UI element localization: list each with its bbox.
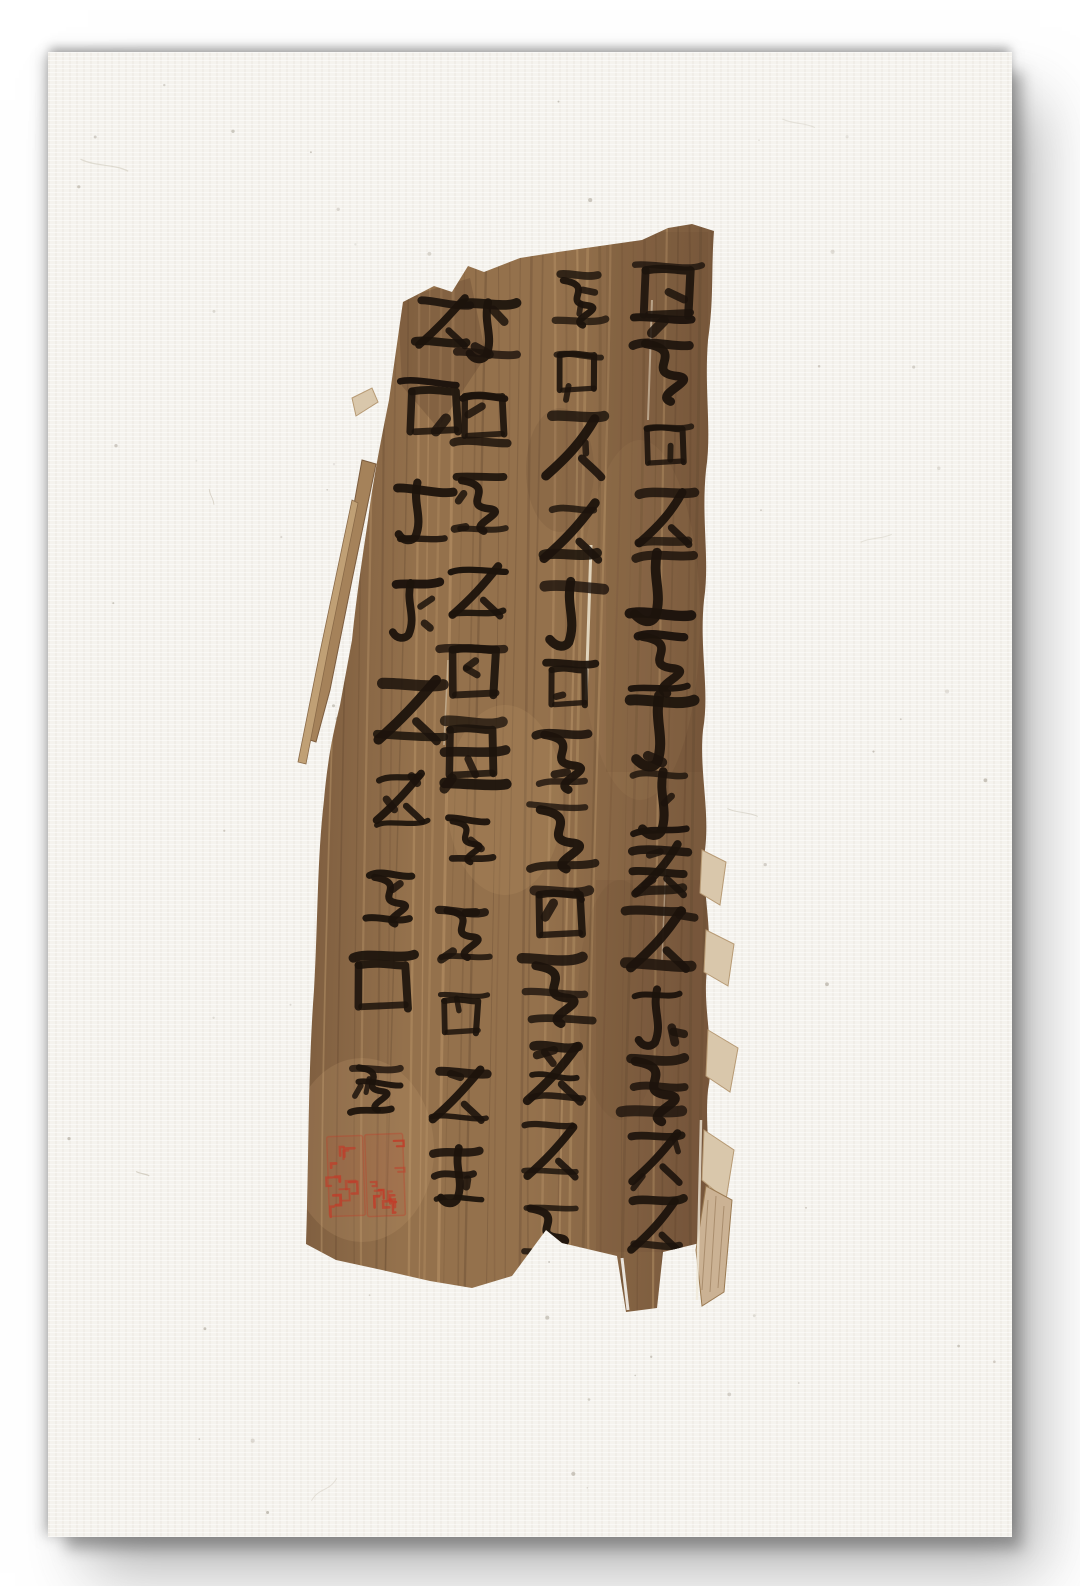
bark-fragment [290, 224, 738, 1320]
speckle [163, 84, 165, 86]
fiber-hair [81, 159, 129, 171]
speckle [548, 1261, 550, 1263]
speckle [798, 1382, 800, 1384]
speckle [872, 751, 874, 753]
speckle [588, 1398, 591, 1401]
speckle [805, 1207, 807, 1209]
seal-right [365, 1133, 407, 1216]
speckle [280, 536, 282, 538]
speckle [231, 130, 234, 133]
speckle [587, 1487, 588, 1488]
speckle [427, 252, 431, 256]
speckle [310, 151, 312, 153]
speckle [758, 139, 760, 141]
fiber-hair [311, 1478, 336, 1501]
splinter [352, 388, 378, 416]
speckle [94, 136, 97, 139]
speckle [196, 460, 198, 462]
speckle [290, 1004, 292, 1006]
fiber-hair [782, 119, 815, 128]
speckle [326, 489, 328, 491]
seal-left [325, 1135, 366, 1217]
speckle [634, 1375, 636, 1377]
speckle [993, 1360, 996, 1363]
speckle [203, 1327, 206, 1330]
speckle [753, 1314, 756, 1317]
speckle [337, 208, 340, 211]
tatter [706, 1030, 738, 1092]
fiber-hair [861, 534, 892, 542]
speckle [571, 1472, 575, 1476]
fiber-hair [727, 809, 757, 817]
speckle [67, 1137, 70, 1140]
speckle [333, 463, 335, 465]
photo-scene [0, 0, 1080, 1586]
speckle [332, 704, 335, 707]
speckle [114, 444, 117, 447]
speckle [957, 1345, 960, 1348]
speckle [818, 365, 821, 368]
speckle [831, 250, 835, 254]
speckle [900, 718, 902, 720]
speckle [912, 366, 915, 369]
speckle [825, 982, 829, 986]
speckle [984, 778, 988, 782]
speckle [760, 509, 762, 511]
speckle [112, 602, 114, 604]
speckle [558, 101, 560, 103]
speckle [199, 1438, 201, 1440]
fiber-hair [209, 489, 214, 505]
speckle [545, 1316, 549, 1320]
speckle [354, 243, 356, 245]
speckle [650, 1356, 652, 1358]
speckle [945, 689, 949, 693]
speckle [764, 863, 767, 866]
speckle [369, 1294, 371, 1296]
manuscript-artwork [0, 0, 1080, 1586]
speckle [223, 830, 225, 832]
seal-stamps [325, 1133, 406, 1217]
speckle [937, 467, 940, 470]
speckle [846, 135, 849, 138]
speckle [77, 185, 80, 188]
speckle [727, 1393, 731, 1397]
speckle [588, 198, 592, 202]
speckle [213, 310, 216, 313]
speckle [251, 1439, 255, 1443]
speckle [212, 1017, 214, 1019]
tatter [704, 930, 734, 986]
speckle [266, 1511, 269, 1514]
fiber-hair [136, 1172, 149, 1176]
